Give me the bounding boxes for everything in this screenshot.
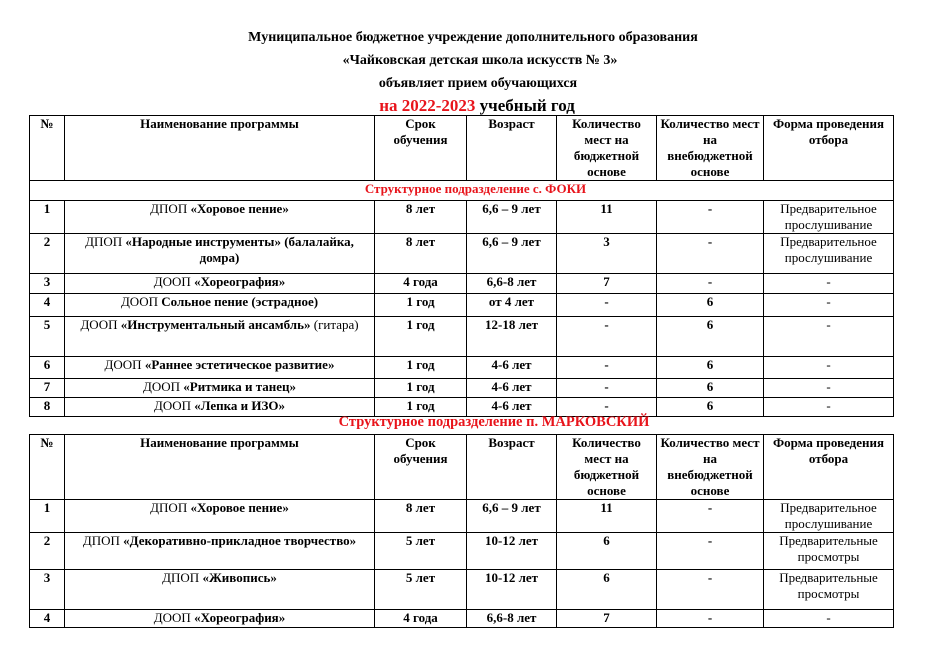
table-row: 3ДООП «Хореография»4 года6,6-8 лет7-- bbox=[30, 274, 894, 294]
col-header-term: Срок обучения bbox=[375, 116, 467, 181]
study-term: 8 лет bbox=[375, 500, 467, 533]
table-row: 3ДПОП «Живопись»5 лет10-12 лет6-Предвари… bbox=[30, 570, 894, 610]
row-number: 4 bbox=[30, 610, 65, 628]
budget-places: 6 bbox=[557, 533, 657, 570]
age-range: 6,6-8 лет bbox=[467, 274, 557, 294]
row-number: 1 bbox=[30, 201, 65, 234]
selection-form: Предварительные просмотры bbox=[764, 570, 894, 610]
program-name: ДООП «Раннее эстетическое развитие» bbox=[65, 357, 375, 379]
row-number: 3 bbox=[30, 274, 65, 294]
age-range: 6,6 – 9 лет bbox=[467, 500, 557, 533]
program-title: «Лепка и ИЗО» bbox=[194, 398, 285, 413]
study-term: 4 года bbox=[375, 610, 467, 628]
program-type: ДПОП bbox=[85, 234, 125, 249]
row-number: 2 bbox=[30, 234, 65, 274]
budget-places: - bbox=[557, 357, 657, 379]
program-title: «Хоровое пение» bbox=[190, 500, 288, 515]
program-title: «Декоративно-прикладное творчество» bbox=[123, 533, 356, 548]
selection-form: Предварительные просмотры bbox=[764, 533, 894, 570]
program-type: ДПОП bbox=[150, 500, 190, 515]
academic-year-highlight: на 2022-2023 bbox=[379, 96, 475, 115]
selection-form: Предварительное прослушивание bbox=[764, 234, 894, 274]
program-type: ДПОП bbox=[150, 201, 190, 216]
paid-places: - bbox=[657, 533, 764, 570]
selection-form: Предварительное прослушивание bbox=[764, 201, 894, 234]
section-title-markovsky: Структурное подразделение п. МАРКОВСКИЙ bbox=[0, 413, 932, 431]
title-announcement: объявляет прием обучающихся bbox=[0, 72, 932, 95]
table-row: 1ДПОП «Хоровое пение»8 лет6,6 – 9 лет11-… bbox=[30, 201, 894, 234]
col-header-selection-form: Форма проведения отбора bbox=[764, 435, 894, 500]
col-header-paid-places: Количество мест на внебюджетной основе bbox=[657, 116, 764, 181]
program-type: ДООП bbox=[154, 398, 194, 413]
program-title: «Народные инструменты» (балалайка, домра… bbox=[125, 234, 353, 265]
row-number: 5 bbox=[30, 317, 65, 357]
age-range: 10-12 лет bbox=[467, 570, 557, 610]
col-header-number: № bbox=[30, 116, 65, 181]
col-header-program: Наименование программы bbox=[65, 435, 375, 500]
study-term: 1 год bbox=[375, 317, 467, 357]
col-header-age: Возраст bbox=[467, 435, 557, 500]
budget-places: - bbox=[557, 379, 657, 398]
program-type: ДООП bbox=[154, 610, 194, 625]
col-header-budget-places: Количество мест на бюджетной основе bbox=[557, 435, 657, 500]
study-term: 5 лет bbox=[375, 570, 467, 610]
program-type: ДООП bbox=[80, 317, 120, 332]
academic-year-rest: учебный год bbox=[475, 96, 574, 115]
col-header-selection-form: Форма проведения отбора bbox=[764, 116, 894, 181]
table-row: 6ДООП «Раннее эстетическое развитие»1 го… bbox=[30, 357, 894, 379]
program-type: ДПОП bbox=[83, 533, 123, 548]
program-name: ДПОП «Декоративно-прикладное творчество» bbox=[65, 533, 375, 570]
program-name: ДООП «Инструментальный ансамбль» (гитара… bbox=[65, 317, 375, 357]
program-title: «Живопись» bbox=[202, 570, 276, 585]
col-header-term: Срок обучения bbox=[375, 435, 467, 500]
selection-form: - bbox=[764, 357, 894, 379]
table-header-row: № Наименование программы Срок обучения В… bbox=[30, 435, 894, 500]
col-header-program: Наименование программы bbox=[65, 116, 375, 181]
paid-places: 6 bbox=[657, 317, 764, 357]
study-term: 1 год bbox=[375, 294, 467, 317]
age-range: 6,6 – 9 лет bbox=[467, 201, 557, 234]
age-range: 12-18 лет bbox=[467, 317, 557, 357]
title-academic-year: на 2022-2023 учебный год bbox=[0, 95, 932, 117]
table-row: 7ДООП «Ритмика и танец»1 год4-6 лет-6- bbox=[30, 379, 894, 398]
age-range: 6,6 – 9 лет bbox=[467, 234, 557, 274]
paid-places: - bbox=[657, 274, 764, 294]
selection-form: - bbox=[764, 610, 894, 628]
table-row: 5ДООП «Инструментальный ансамбль» (гитар… bbox=[30, 317, 894, 357]
budget-places: - bbox=[557, 317, 657, 357]
program-note: (гитара) bbox=[310, 317, 358, 332]
program-name: ДПОП «Хоровое пение» bbox=[65, 500, 375, 533]
program-title: «Ритмика и танец» bbox=[183, 379, 296, 394]
row-number: 4 bbox=[30, 294, 65, 317]
study-term: 1 год bbox=[375, 379, 467, 398]
program-title: «Хоровое пение» bbox=[190, 201, 288, 216]
paid-places: - bbox=[657, 610, 764, 628]
selection-form: Предварительное прослушивание bbox=[764, 500, 894, 533]
row-number: 3 bbox=[30, 570, 65, 610]
budget-places: 7 bbox=[557, 274, 657, 294]
section-title-foki: Структурное подразделение с. ФОКИ bbox=[30, 181, 894, 201]
budget-places: 11 bbox=[557, 500, 657, 533]
col-header-budget-places: Количество мест на бюджетной основе bbox=[557, 116, 657, 181]
col-header-age: Возраст bbox=[467, 116, 557, 181]
document-title: Муниципальное бюджетное учреждение допол… bbox=[0, 26, 932, 117]
col-header-paid-places: Количество мест на внебюджетной основе bbox=[657, 435, 764, 500]
program-type: ДООП bbox=[121, 294, 161, 309]
col-header-number: № bbox=[30, 435, 65, 500]
budget-places: 6 bbox=[557, 570, 657, 610]
program-name: ДООП «Хореография» bbox=[65, 610, 375, 628]
age-range: 4-6 лет bbox=[467, 379, 557, 398]
program-title: «Хореография» bbox=[194, 610, 285, 625]
budget-places: - bbox=[557, 294, 657, 317]
study-term: 8 лет bbox=[375, 201, 467, 234]
program-title: «Хореография» bbox=[194, 274, 285, 289]
programs-table-markovsky: № Наименование программы Срок обучения В… bbox=[29, 434, 894, 628]
table-row: 1ДПОП «Хоровое пение»8 лет6,6 – 9 лет11-… bbox=[30, 500, 894, 533]
title-institution: Муниципальное бюджетное учреждение допол… bbox=[0, 26, 932, 49]
program-type: ДПОП bbox=[162, 570, 202, 585]
study-term: 5 лет bbox=[375, 533, 467, 570]
selection-form: - bbox=[764, 274, 894, 294]
program-name: ДООП «Хореография» bbox=[65, 274, 375, 294]
study-term: 1 год bbox=[375, 357, 467, 379]
paid-places: - bbox=[657, 500, 764, 533]
program-name: ДПОП «Народные инструменты» (балалайка, … bbox=[65, 234, 375, 274]
program-type: ДООП bbox=[105, 357, 145, 372]
selection-form: - bbox=[764, 294, 894, 317]
program-name: ДООП «Ритмика и танец» bbox=[65, 379, 375, 398]
table-header-row: № Наименование программы Срок обучения В… bbox=[30, 116, 894, 181]
row-number: 7 bbox=[30, 379, 65, 398]
program-type: ДООП bbox=[154, 274, 194, 289]
table-row: 4ДООП «Хореография»4 года6,6-8 лет7-- bbox=[30, 610, 894, 628]
age-range: 10-12 лет bbox=[467, 533, 557, 570]
paid-places: 6 bbox=[657, 294, 764, 317]
paid-places: - bbox=[657, 570, 764, 610]
section-row-foki: Структурное подразделение с. ФОКИ bbox=[30, 181, 894, 201]
budget-places: 11 bbox=[557, 201, 657, 234]
paid-places: - bbox=[657, 201, 764, 234]
table-row: 4ДООП Сольное пение (эстрадное)1 годот 4… bbox=[30, 294, 894, 317]
row-number: 2 bbox=[30, 533, 65, 570]
program-name: ДООП Сольное пение (эстрадное) bbox=[65, 294, 375, 317]
table-row: 2ДПОП «Декоративно-прикладное творчество… bbox=[30, 533, 894, 570]
budget-places: 3 bbox=[557, 234, 657, 274]
programs-table-foki: № Наименование программы Срок обучения В… bbox=[29, 115, 894, 417]
study-term: 8 лет bbox=[375, 234, 467, 274]
paid-places: 6 bbox=[657, 379, 764, 398]
study-term: 4 года bbox=[375, 274, 467, 294]
age-range: от 4 лет bbox=[467, 294, 557, 317]
program-title: «Раннее эстетическое развитие» bbox=[145, 357, 335, 372]
program-title: «Инструментальный ансамбль» bbox=[121, 317, 311, 332]
title-school-name: «Чайковская детская школа искусств № 3» bbox=[0, 49, 932, 72]
row-number: 1 bbox=[30, 500, 65, 533]
paid-places: - bbox=[657, 234, 764, 274]
age-range: 6,6-8 лет bbox=[467, 610, 557, 628]
paid-places: 6 bbox=[657, 357, 764, 379]
row-number: 6 bbox=[30, 357, 65, 379]
selection-form: - bbox=[764, 379, 894, 398]
program-name: ДПОП «Хоровое пение» bbox=[65, 201, 375, 234]
program-name: ДПОП «Живопись» bbox=[65, 570, 375, 610]
selection-form: - bbox=[764, 317, 894, 357]
budget-places: 7 bbox=[557, 610, 657, 628]
program-type: ДООП bbox=[143, 379, 183, 394]
table-row: 2ДПОП «Народные инструменты» (балалайка,… bbox=[30, 234, 894, 274]
program-title: Сольное пение (эстрадное) bbox=[161, 294, 318, 309]
age-range: 4-6 лет bbox=[467, 357, 557, 379]
